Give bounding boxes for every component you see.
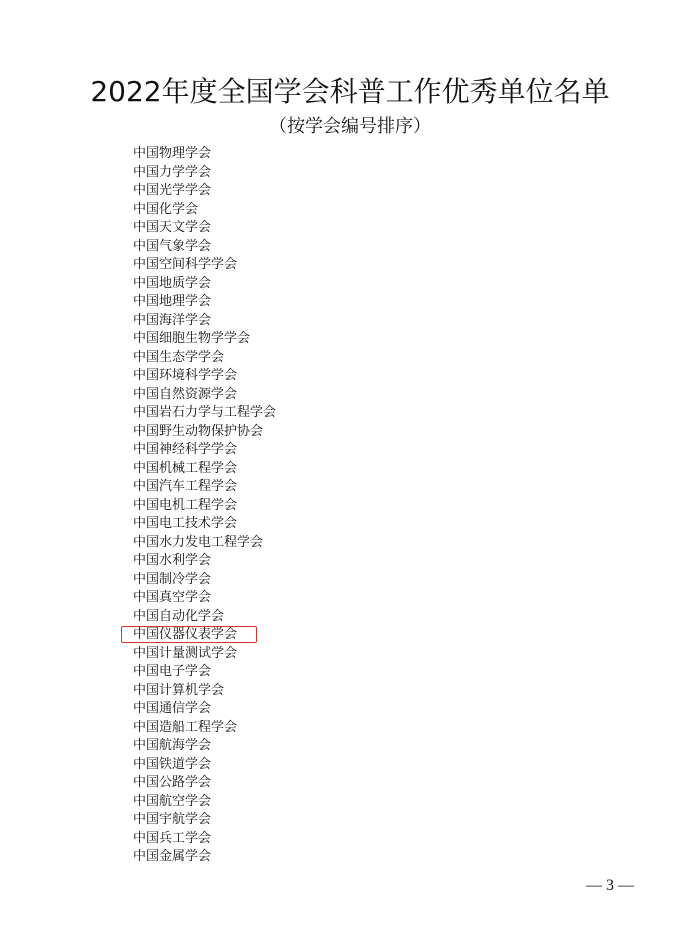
list-item: 中国细胞生物学学会 [133,330,276,349]
highlighted-list-item: 中国仪器仪表学会 [133,626,276,645]
list-item: 中国兵工学会 [133,830,276,849]
list-item: 中国自动化学会 [133,608,276,627]
list-item: 中国海洋学会 [133,312,276,331]
list-item: 中国公路学会 [133,774,276,793]
list-item: 中国神经科学学会 [133,441,276,460]
page-subtitle: （按学会编号排序） [0,115,700,139]
list-item: 中国自然资源学会 [133,386,276,405]
page-title: 2022年度全国学会科普工作优秀单位名单 [0,74,700,110]
list-item: 中国制冷学会 [133,571,276,590]
list-item: 中国岩石力学与工程学会 [133,404,276,423]
list-item: 中国铁道学会 [133,756,276,775]
list-item: 中国天文学会 [133,219,276,238]
list-item: 中国宇航学会 [133,811,276,830]
list-item: 中国汽车工程学会 [133,478,276,497]
list-item: 中国力学学会 [133,164,276,183]
list-item: 中国计算机学会 [133,682,276,701]
list-item: 中国电工技术学会 [133,515,276,534]
list-item: 中国气象学会 [133,238,276,257]
list-item: 中国真空学会 [133,589,276,608]
list-item: 中国计量测试学会 [133,645,276,664]
list-item: 中国地质学会 [133,275,276,294]
list-item: 中国环境科学学会 [133,367,276,386]
list-item: 中国生态学学会 [133,349,276,368]
list-item: 中国电机工程学会 [133,497,276,516]
list-item: 中国地理学会 [133,293,276,312]
list-item: 中国光学学会 [133,182,276,201]
list-item: 中国野生动物保护协会 [133,423,276,442]
list-item: 中国航空学会 [133,793,276,812]
list-item: 中国空间科学学会 [133,256,276,275]
list-item: 中国水力发电工程学会 [133,534,276,553]
list-item: 中国物理学会 [133,145,276,164]
page-number: — 3 — [586,876,634,896]
list-item: 中国航海学会 [133,737,276,756]
list-item: 中国造船工程学会 [133,719,276,738]
list-item: 中国电子学会 [133,663,276,682]
list-item: 中国金属学会 [133,848,276,867]
organization-list: 中国物理学会 中国力学学会 中国光学学会 中国化学会 中国天文学会 中国气象学会… [133,145,276,867]
list-item: 中国化学会 [133,201,276,220]
list-item: 中国机械工程学会 [133,460,276,479]
list-item: 中国通信学会 [133,700,276,719]
list-item: 中国水利学会 [133,552,276,571]
